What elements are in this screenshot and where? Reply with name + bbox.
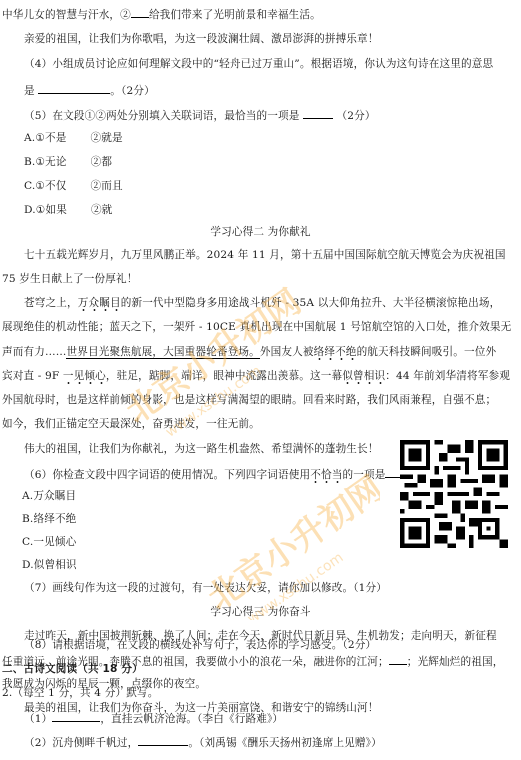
blank-2 [131,6,149,18]
passage-line: 宾对直 - 9F 一见倾心，驻足，踮脚，端详，眼神中流露出羡慕。这一幕似曾相识：… [2,369,510,383]
option-d[interactable]: D.①如果②就 [24,203,112,217]
passage-line: 展现绝佳的机动性能；蓝天之下，一架歼 - 10CE 真机出现在中国航展 1 号馆… [2,320,511,334]
question-6: （6）你检查文段中四字词语的使用情况。下列四字词语使用不恰当的一项是 （2分） [24,466,458,482]
passage-line: 苍穹之上，万众瞩目的新一代中型隐身多用途战斗机歼 - 35A 以大仰角拉升、大半… [24,296,500,310]
passage-line: 声而有力……世界目光聚焦航展，大国重器轮番登场。外国友人被络绎不绝的航天科技瞬间… [2,345,496,359]
option-d[interactable]: D.似曾相识 [22,558,77,572]
question-4-answer-line: 是 。（2分） [24,82,155,98]
question-4: （4）小组成员讨论应如何理解文段中的“轻舟已过万重山”。根据语境，你认为这句诗在… [24,57,493,71]
passage-line: 如今，我们正锚定空天最深处，奋勇进发，一往无前。 [2,417,260,431]
option-c[interactable]: C.一见倾心 [22,535,76,549]
passage-line: 外国航母时，也是这样前倾的身影，也是这样写满渴望的眼睛。回看来时路，我们风雨兼程… [2,393,496,407]
section-heading: 学习心得三 为你奋斗 [0,605,521,619]
option-a[interactable]: A.万众瞩目 [22,489,76,503]
answer-blank[interactable] [52,710,100,722]
qr-code [400,440,508,548]
passage-line: 七十五载光辉岁月，九万里风鹏正举。2024 年 11 月，第十五届中国国际航空航… [24,248,506,262]
section-heading: 学习心得二 为你献礼 [0,225,521,239]
passage-line: 中华儿女的智慧与汗水，②给我们带来了光明前景和幸福生活。 [2,6,321,22]
option-b[interactable]: B.络绎不绝 [22,512,76,526]
question-2-2: （2）沉舟侧畔千帆过，。（刘禹锡《酬乐天扬州初逢席上见赠》） [24,734,382,750]
emphasized-word: 一见倾心 [63,370,106,385]
question-5: （5）在文段①②两处分别填入关联词语，最恰当的一项是 （2分） [24,107,376,123]
option-c[interactable]: C.①不仅②而且 [24,179,123,193]
question-2-1: （1），直挂云帆济沧海。（李白《行路难》） [24,710,283,726]
emphasized-word: 络绎不绝 [314,346,357,361]
option-b[interactable]: B.①无论②都 [24,155,112,169]
question-2: 2.（每空 1 分，共 4 分）默写。 [2,686,158,700]
question-8: （8）请根据语境，在文段的横线处补写句子，表达你的学习感受。（2分） [24,638,376,652]
question-7: （7）画线句作为这一段的过渡句，有一处表达欠妥，请你加以修改。（1分） [24,581,387,595]
answer-blank[interactable] [389,653,407,665]
answer-blank[interactable] [138,734,188,746]
underlined-sentence: 世界目光聚焦航展，大国重器轮番登场。 [66,346,259,359]
emphasized-word: 不恰当 [310,469,342,484]
passage-line: 亲爱的祖国，让我们为你歌唱，为这一段波澜壮阔、激昂澎湃的拼搏乐章！ [24,32,379,46]
passage-line: 75 岁生日献上了一份厚礼！ [2,272,137,286]
passage-line: 伟大的祖国，让我们为你献礼，为这一路生机盎然、希望满怀的蓬勃生长！ [24,442,379,456]
option-a[interactable]: A.①不是②就是 [24,131,123,145]
part-heading: 二、古诗文阅读（共 18 分） [2,662,143,676]
emphasized-word: 万众瞩目 [78,297,121,312]
answer-blank[interactable] [38,82,110,94]
emphasized-word: 似曾相识 [342,370,385,385]
answer-blank[interactable] [303,107,333,119]
